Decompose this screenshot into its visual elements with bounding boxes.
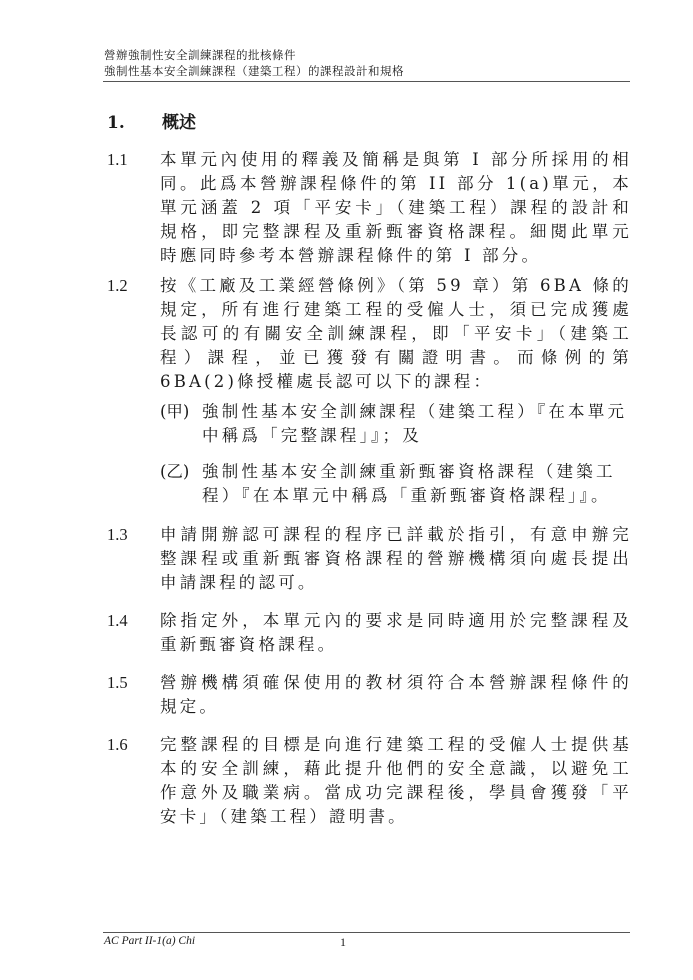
header-line-2: 強制性基本安全訓練課程（建築工程）的課程設計和規格: [104, 63, 630, 79]
running-header: 營辦強制性安全訓練課程的批核條件 強制性基本安全訓練課程（建築工程）的課程設計和…: [104, 47, 630, 79]
header-line-1: 營辦強制性安全訓練課程的批核條件: [104, 47, 630, 63]
section-heading: 1.概述: [107, 108, 196, 133]
subitem-text: 強制性基本安全訓練課程（建築工程）『在本單元中稱爲「完整課程」』；及: [202, 400, 632, 448]
paragraph-number: 1.3: [107, 523, 128, 547]
paragraph-1-6: 1.6 完整課程的目標是向進行建築工程的受僱人士提供基本的安全訓練，藉此提升他們…: [107, 733, 632, 829]
section-number: 1.: [107, 113, 162, 133]
paragraph-1-1: 1.1 本單元內使用的釋義及簡稱是與第 I 部分所採用的相同。此爲本營辦課程條件…: [107, 148, 632, 268]
subitem-b: (乙) 強制性基本安全訓練重新甄審資格課程（建築工程）『在本單元中稱爲「重新甄審…: [160, 460, 632, 508]
section-title: 概述: [162, 113, 196, 133]
paragraph-number: 1.4: [107, 609, 128, 633]
subitem-number: (乙): [160, 460, 189, 484]
paragraph-text: 除指定外，本單元內的要求是同時適用於完整課程及重新甄審資格課程。: [160, 609, 632, 657]
paragraph-number: 1.6: [107, 733, 128, 757]
paragraph-text: 完整課程的目標是向進行建築工程的受僱人士提供基本的安全訓練，藉此提升他們的安全意…: [160, 733, 632, 829]
paragraph-1-4: 1.4 除指定外，本單元內的要求是同時適用於完整課程及重新甄審資格課程。: [107, 609, 632, 657]
paragraph-number: 1.2: [107, 274, 128, 298]
paragraph-text: 本單元內使用的釋義及簡稱是與第 I 部分所採用的相同。此爲本營辦課程條件的第 I…: [160, 148, 632, 268]
footer-doc-id: AC Part II-1(a) Chi: [104, 935, 195, 947]
subitem-text: 強制性基本安全訓練重新甄審資格課程（建築工程）『在本單元中稱爲「重新甄審資格課程…: [202, 460, 632, 508]
paragraph-number: 1.1: [107, 148, 128, 172]
footer-divider: [103, 932, 630, 933]
paragraph-text: 營辦機構須確保使用的教材須符合本營辦課程條件的規定。: [160, 671, 632, 719]
paragraph-1-3: 1.3 申請開辦認可課程的程序已詳載於指引，有意申辦完整課程或重新甄審資格課程的…: [107, 523, 632, 595]
paragraph-text: 按《工廠及工業經營條例》（第 59 章）第 6BA 條的規定，所有進行建築工程的…: [160, 274, 632, 394]
paragraph-text: 申請開辦認可課程的程序已詳載於指引，有意申辦完整課程或重新甄審資格課程的營辦機構…: [160, 523, 632, 595]
paragraph-1-5: 1.5 營辦機構須確保使用的教材須符合本營辦課程條件的規定。: [107, 671, 632, 719]
paragraph-1-2: 1.2 按《工廠及工業經營條例》（第 59 章）第 6BA 條的規定，所有進行建…: [107, 274, 632, 394]
subitem-number: (甲): [160, 400, 189, 424]
header-divider: [103, 81, 630, 82]
page-number: 1: [340, 935, 346, 950]
subitem-a: (甲) 強制性基本安全訓練課程（建築工程）『在本單元中稱爲「完整課程」』；及: [160, 400, 632, 448]
paragraph-number: 1.5: [107, 671, 128, 695]
